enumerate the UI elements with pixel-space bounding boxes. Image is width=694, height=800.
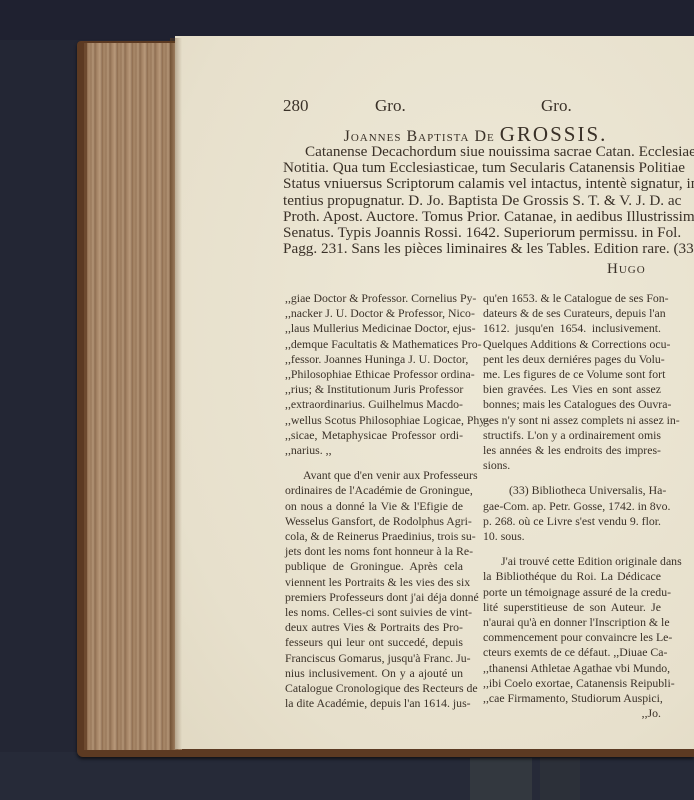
para-line: pent les deux derniéres pages du Volu- xyxy=(483,352,661,367)
quote-line: ,,extraordinarius. Guilhelmus Macdo- xyxy=(285,397,463,412)
para-line: 1612. jusqu'en 1654. inclusivement. xyxy=(483,321,661,336)
para-line: Wesselus Gansfort, de Rodolphus Agri- xyxy=(285,514,463,529)
para-line: ,,ibi Coelo exortae, Catanensis Reipubli… xyxy=(483,676,661,691)
desc-line: Status vniuersus Scriptorum calamis vel … xyxy=(283,176,670,192)
para-line: Franciscus Gomarus, jusqu'à Franc. Ju- xyxy=(285,651,463,666)
desc-line: Pagg. 231. Sans les pièces liminaires & … xyxy=(283,241,670,257)
para-line: commencement pour convaincre les Le- xyxy=(483,630,661,645)
desc-line: tentius propugnatur. D. Jo. Baptista De … xyxy=(283,193,670,209)
quote-line: ,,laus Mullerius Medicinae Doctor, ejus- xyxy=(285,321,463,336)
catchword-bottom: ,,Jo. xyxy=(483,706,661,721)
quote-line: ,,sicae, Metaphysicae Professor ordi- xyxy=(285,428,463,443)
para-line: qu'en 1653. & le Catalogue de ses Fon- xyxy=(483,291,661,306)
para-line: dateurs & de ses Curateurs, depuis l'an xyxy=(483,306,661,321)
para-line: la Bibliothéque du Roi. La Dédicace xyxy=(483,569,661,584)
para-line: me. Les figures de ce Volume sont fort xyxy=(483,367,661,382)
para-line: les années & les endroits des impres- xyxy=(483,443,661,458)
background-top xyxy=(0,0,694,40)
running-head-right: Gro. xyxy=(541,96,572,116)
para-line: Quelques Additions & Corrections ocu- xyxy=(483,337,661,352)
desc-line: Catanense Decachordum siue nouissima sac… xyxy=(283,144,670,160)
quote-line: ,,Philosophiae Ethicae Professor ordina- xyxy=(285,367,463,382)
entry-description: Catanense Decachordum siue nouissima sac… xyxy=(283,144,670,257)
footnote-line: (33) Bibliotheca Universalis, Ha- xyxy=(483,483,661,498)
para-line: fesseurs qui leur ont succedé, depuis xyxy=(285,635,463,650)
para-line: ,,thanensi Athletae Agathae vbi Mundo, xyxy=(483,661,661,676)
para-line: les noms. Celles-ci sont suivies de vint… xyxy=(285,605,463,620)
para-line: cola, & de Reinerus Praedinius, trois su… xyxy=(285,529,463,544)
background-stand xyxy=(470,758,532,800)
quote-line: ,,giae Doctor & Professor. Cornelius Py- xyxy=(285,291,463,306)
para-line: porte un témoignage assuré de la credu- xyxy=(483,585,661,600)
quote-line: ,,narius. ,, xyxy=(285,443,463,458)
quote-line: ,,fessor. Joannes Huninga J. U. Doctor, xyxy=(285,352,463,367)
para-line: on nous a donné la Vie & l'Efigie de xyxy=(285,499,463,514)
para-line: deux autres Vies & Portraits des Pro- xyxy=(285,620,463,635)
para-line: bonnes; mais les Catalogues des Ouvra- xyxy=(483,397,661,412)
right-column: qu'en 1653. & le Catalogue de ses Fon- d… xyxy=(483,291,661,721)
para-line: J'ai trouvé cette Edition originale dans xyxy=(483,554,661,569)
para-line: premiers Professeurs dont j'ai déja donn… xyxy=(285,590,463,605)
running-head: 280 Gro. Gro. xyxy=(283,96,668,116)
footnote-line: gae-Com. ap. Petr. Gosse, 1742. in 8vo. xyxy=(483,499,661,514)
para-line: ordinaires de l'Académie de Groningue, xyxy=(285,483,463,498)
page-number: 280 xyxy=(283,96,309,116)
catchword-top: Hugo xyxy=(607,261,646,278)
para-line: structifs. L'on y a ordinairement omis xyxy=(483,428,661,443)
desc-line: Notitia. Qua tum Ecclesiasticae, tum Sec… xyxy=(283,160,670,176)
para-line: viennent les Portraits & les vies des si… xyxy=(285,575,463,590)
para-line: sions. xyxy=(483,458,661,473)
desc-line: Senatus. Typis Joannis Rossi. 1642. Supe… xyxy=(283,225,670,241)
page-edges xyxy=(84,43,182,750)
footnote-line: 10. sous. xyxy=(483,529,661,544)
left-column: ,,giae Doctor & Professor. Cornelius Py-… xyxy=(285,291,463,711)
para-line: lité superstitieuse de son Auteur. Je xyxy=(483,600,661,615)
gutter-shadow xyxy=(170,38,182,750)
para-line: Catalogue Cronologique des Recteurs de xyxy=(285,681,463,696)
running-head-left: Gro. xyxy=(375,96,406,116)
para-line: ges n'y sont ni assez complets ni assez … xyxy=(483,413,661,428)
quote-line: ,,wellus Scotus Philosophiae Logicae, Ph… xyxy=(285,413,463,428)
para-line: publique de Groningue. Après cela xyxy=(285,559,463,574)
quote-line: ,,rius; & Institutionum Juris Professor xyxy=(285,382,463,397)
book-page: 280 Gro. Gro. Joannes Baptista De GROSSI… xyxy=(175,36,694,749)
para-line: bien gravées. Les Vies en sont assez xyxy=(483,382,661,397)
quote-line: ,,demque Facultatis & Mathematices Pro- xyxy=(285,337,463,352)
quote-line: ,,nacker J. U. Doctor & Professor, Nico- xyxy=(285,306,463,321)
para-line: jets dont les noms font honneur à la Re- xyxy=(285,544,463,559)
para-line: Avant que d'en venir aux Professeurs xyxy=(285,468,463,483)
para-line: n'aurai qu'à en donner l'Inscription & l… xyxy=(483,615,661,630)
desc-line: Proth. Apost. Auctore. Tomus Prior. Cata… xyxy=(283,209,670,225)
background-bottom xyxy=(0,752,694,800)
footnote-line: p. 268. où ce Livre s'est vendu 9. flor. xyxy=(483,514,661,529)
para-line: la dite Académie, depuis l'an 1614. jus- xyxy=(285,696,463,711)
para-line: ,,cae Firmamento, Studiorum Auspici, xyxy=(483,691,661,706)
background-stand-shadow xyxy=(540,758,580,800)
para-line: nius inclusivement. On y a ajouté un xyxy=(285,666,463,681)
para-line: cteurs exemts de ce défaut. ,,Diuae Ca- xyxy=(483,645,661,660)
